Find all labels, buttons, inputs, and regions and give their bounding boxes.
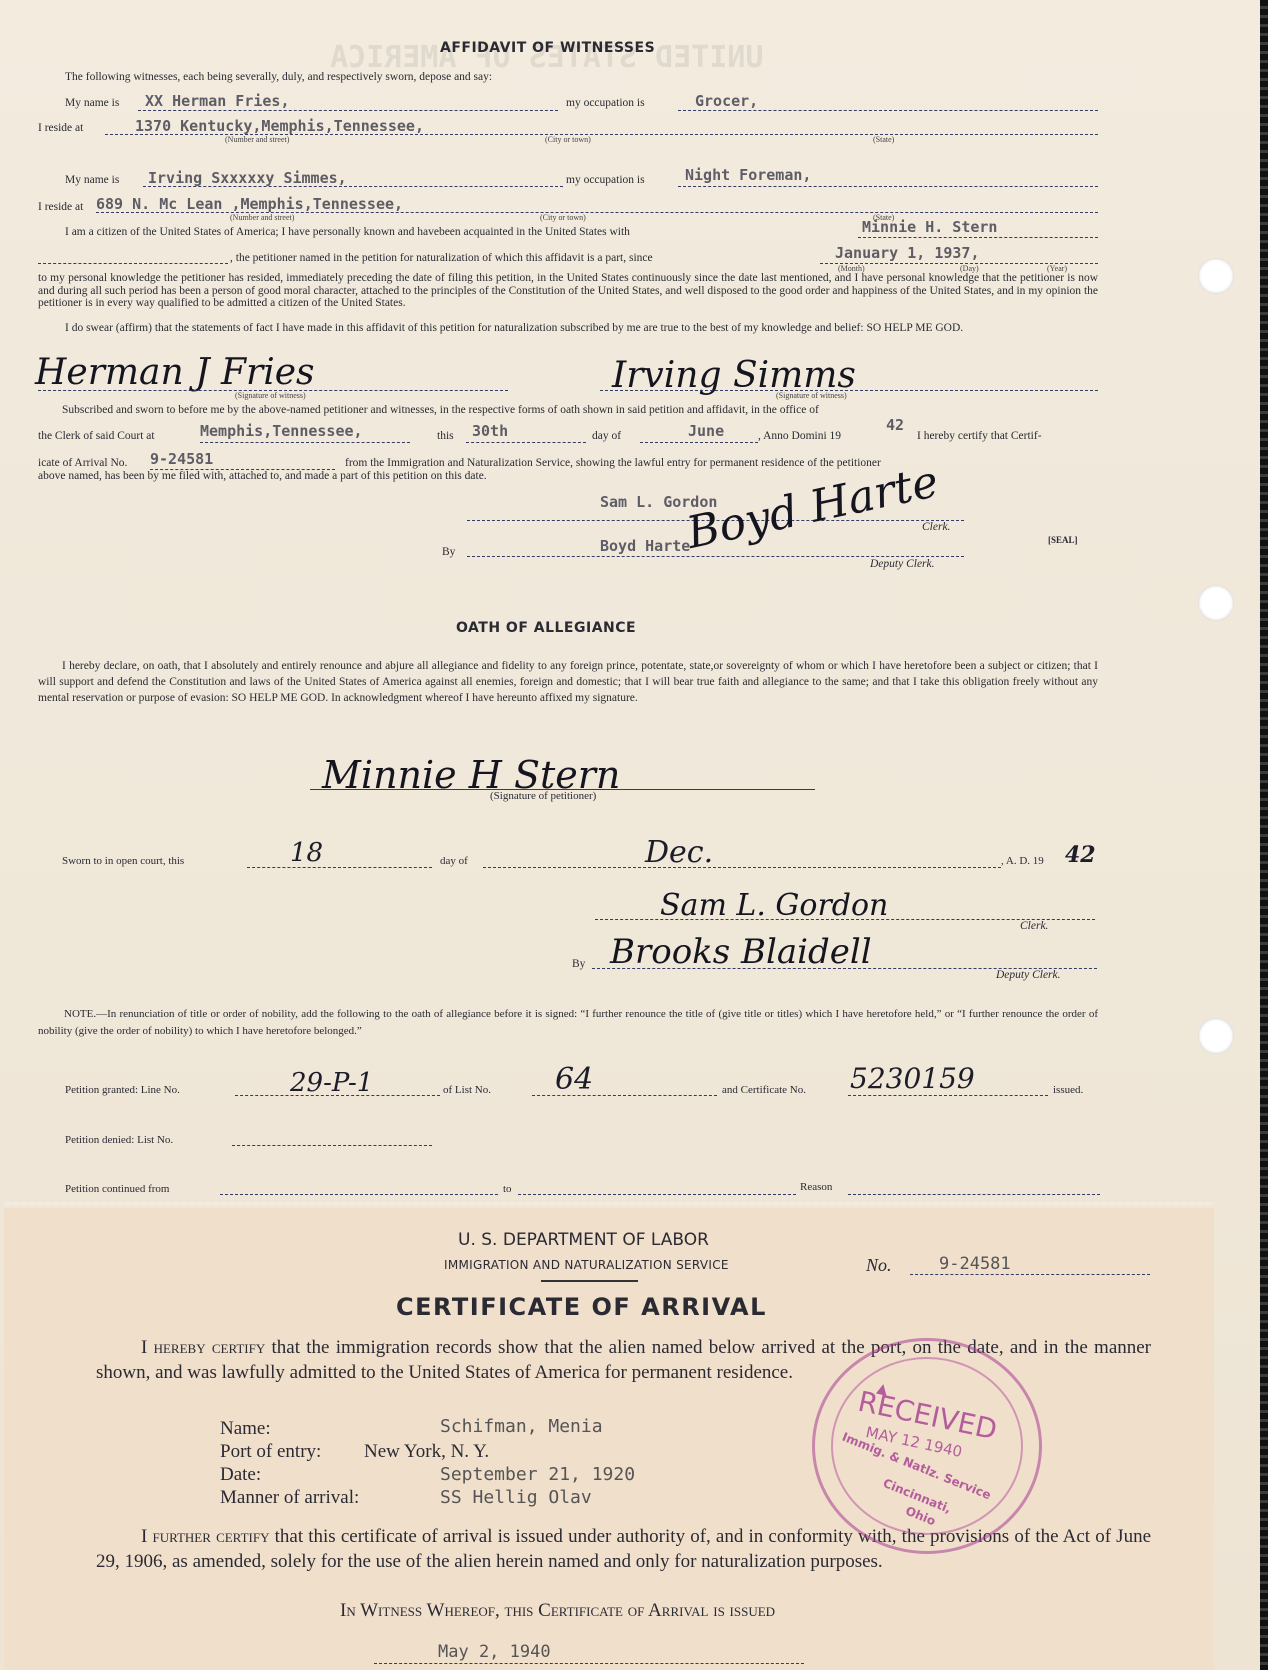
witness2-signature-line xyxy=(600,390,1098,391)
certificate-of-arrival-label: icate of Arrival No. xyxy=(38,457,127,469)
certificate-no-line xyxy=(910,1274,1150,1275)
witness2-name-value: Irving Sxxxxxy Simmes, xyxy=(148,169,347,187)
witness1-name-line xyxy=(138,110,558,111)
this-label: this xyxy=(437,430,454,442)
witness1-occupation-value: Grocer, xyxy=(695,92,758,110)
signature-label: (Signature of witness) xyxy=(235,391,306,400)
witness2-occupation-label: my occupation is xyxy=(566,174,645,186)
sworn-month-line xyxy=(483,867,1001,868)
further-lead: I further certify xyxy=(141,1526,269,1547)
witness1-signature: Herman J Fries xyxy=(35,352,315,393)
oath-deputy-label: Deputy Clerk. xyxy=(996,969,1061,981)
sworn-month-value: Dec. xyxy=(645,835,713,870)
field-port-value: New York, N. Y. xyxy=(364,1439,489,1464)
certificate-no-value: 5230159 xyxy=(850,1062,975,1095)
witness1-occupation-label: my occupation is xyxy=(566,97,645,109)
above-named-statement: above named, has been by me filed with, … xyxy=(38,470,487,482)
certificate-no-label: No. xyxy=(866,1255,892,1276)
witness1-reside-value: 1370 Kentucky,Memphis,Tennessee, xyxy=(135,117,424,135)
oath-clerk-label: Clerk. xyxy=(1020,920,1048,932)
arrival-no-value: 9-24581 xyxy=(150,450,213,468)
deputy-clerk-line xyxy=(467,556,964,557)
issued-label: issued. xyxy=(1053,1084,1083,1096)
deputy-clerk-label: Deputy Clerk. xyxy=(870,558,935,570)
month-value: June xyxy=(688,422,724,440)
witness-whereof: In Witness Whereof, this Certificate of … xyxy=(340,1598,775,1623)
clerk-at-label: the Clerk of said Court at xyxy=(38,430,155,442)
sworn-day-line xyxy=(247,867,432,868)
affidavit-intro: The following witnesses, each being seve… xyxy=(65,71,492,83)
seal-label: [SEAL] xyxy=(1048,535,1078,545)
court-place-value: Memphis,Tennessee, xyxy=(200,422,363,440)
field-manner-label: Manner of arrival: xyxy=(220,1485,359,1510)
clerk-label: Clerk. xyxy=(922,521,950,533)
to-label: to xyxy=(503,1183,512,1195)
from-ins-statement: from the Immigration and Naturalization … xyxy=(345,457,881,469)
day-line xyxy=(466,442,586,443)
sworn-year-value: 42 xyxy=(1065,842,1096,868)
petition-denied-label: Petition denied: List No. xyxy=(65,1134,173,1146)
service-name: IMMIGRATION AND NATURALIZATION SERVICE xyxy=(444,1258,729,1272)
oath-title: OATH OF ALLEGIANCE xyxy=(456,620,636,636)
witness1-occupation-line xyxy=(678,110,1098,111)
deputy-name-stamp: Boyd Harte xyxy=(600,537,690,555)
ad-label: , A. D. 19 xyxy=(1001,855,1044,867)
field-name-label: Name: xyxy=(220,1416,271,1441)
of-list-label: of List No. xyxy=(443,1084,491,1096)
list-no-value: 64 xyxy=(555,1062,593,1097)
continued-from-line xyxy=(220,1194,498,1195)
certificate-no-value: 9-24581 xyxy=(939,1254,1011,1274)
oath-deputy-signature: Brooks Blaidell xyxy=(610,932,872,972)
petition-granted-label: Petition granted: Line No. xyxy=(65,1084,180,1096)
subscribed-statement: Subscribed and sworn to before me by the… xyxy=(62,404,819,416)
issue-date-value: May 2, 1940 xyxy=(438,1642,551,1662)
field-date-label: Date: xyxy=(220,1462,261,1487)
torn-right-edge xyxy=(1260,0,1268,1670)
witness2-occupation-line xyxy=(678,186,1098,187)
sub-label-state: (State) xyxy=(873,135,894,144)
issue-date-line xyxy=(374,1663,804,1664)
line-no-value: 29-P-1 xyxy=(290,1068,373,1098)
field-manner-value: SS Hellig Olav xyxy=(440,1487,592,1508)
sworn-label: Sworn to in open court, this xyxy=(62,855,184,867)
certify-lead: I hereby certify xyxy=(141,1337,265,1358)
petitioner-statement: , the petitioner named in the petition f… xyxy=(230,252,653,264)
witness2-reside-value: 689 N. Mc Lean ,Memphis,Tennessee, xyxy=(96,195,403,213)
witness1-name-label: My name is xyxy=(65,97,119,109)
witness1-name-value: XX Herman Fries, xyxy=(145,92,290,110)
certificate-no-label: and Certificate No. xyxy=(722,1084,806,1096)
witness2-name-label: My name is xyxy=(65,174,119,186)
affidavit-title: AFFIDAVIT OF WITNESSES xyxy=(440,40,655,56)
witness2-reside-label: I reside at xyxy=(38,201,83,213)
sworn-day-value: 18 xyxy=(290,838,323,868)
day-value: 30th xyxy=(472,422,508,440)
day-of-label: day of xyxy=(592,430,621,442)
sub-label-street: (Number and street) xyxy=(225,135,289,144)
sub-label-city: (City or town) xyxy=(540,213,586,222)
reason-label: Reason xyxy=(800,1181,832,1193)
oath-by-label: By xyxy=(572,958,585,970)
field-date-value: September 21, 1920 xyxy=(440,1464,635,1485)
punch-hole xyxy=(1198,1018,1234,1054)
sub-label-city: (City or town) xyxy=(545,135,591,144)
petitioner-name-line-2 xyxy=(38,263,228,264)
court-place-line xyxy=(200,442,410,443)
petitioner-name-line xyxy=(858,237,1098,238)
reason-line xyxy=(848,1194,1100,1195)
punch-hole xyxy=(1198,585,1234,621)
year-value: 42 xyxy=(886,416,904,434)
field-port-label: Port of entry: xyxy=(220,1439,321,1464)
certificate-title: CERTIFICATE OF ARRIVAL xyxy=(396,1293,767,1321)
witness2-occupation-value: Night Foreman, xyxy=(685,166,811,184)
signature-label: (Signature of witness) xyxy=(776,391,847,400)
received-stamp: ▲ RECEIVED MAY 12 1940 Immig. & Natlz. S… xyxy=(812,1338,1042,1554)
sub-label-street: (Number and street) xyxy=(230,213,294,222)
punch-hole xyxy=(1198,258,1234,294)
since-date-value: January 1, 1937, xyxy=(835,244,980,262)
denied-list-line xyxy=(232,1145,432,1146)
affidavit-oath: I do swear (affirm) that the statements … xyxy=(38,322,1098,335)
continued-to-line xyxy=(518,1194,796,1195)
oath-body: I hereby declare, on oath, that I absolu… xyxy=(38,658,1098,706)
field-name-value: Schifman, Menia xyxy=(440,1416,603,1437)
month-line xyxy=(640,442,758,443)
clerk-signature: Sam L. Gordon xyxy=(660,888,888,923)
petitioner-name-value: Minnie H. Stern xyxy=(862,218,997,236)
anno-domini-label: , Anno Domini 19 xyxy=(758,430,841,442)
petitioner-signature-label: (Signature of petitioner) xyxy=(490,790,596,802)
citizen-statement: I am a citizen of the United States of A… xyxy=(65,226,630,238)
certify-label: I hereby certify that Certif- xyxy=(917,430,1042,442)
certificate-no-line xyxy=(848,1095,1048,1096)
department-name: U. S. DEPARTMENT OF LABOR xyxy=(458,1230,709,1250)
by-label: By xyxy=(442,546,455,558)
petition-continued-label: Petition continued from xyxy=(65,1183,169,1195)
witness1-reside-label: I reside at xyxy=(38,122,83,134)
day-of-label: day of xyxy=(440,855,468,867)
header-rule xyxy=(541,1280,638,1282)
nobility-note: NOTE.—In renunciation of title or order … xyxy=(38,1006,1098,1040)
deputy-clerk-signature: Boyd Harte xyxy=(682,456,942,559)
affidavit-body: to my personal knowledge the petitioner … xyxy=(38,272,1098,310)
